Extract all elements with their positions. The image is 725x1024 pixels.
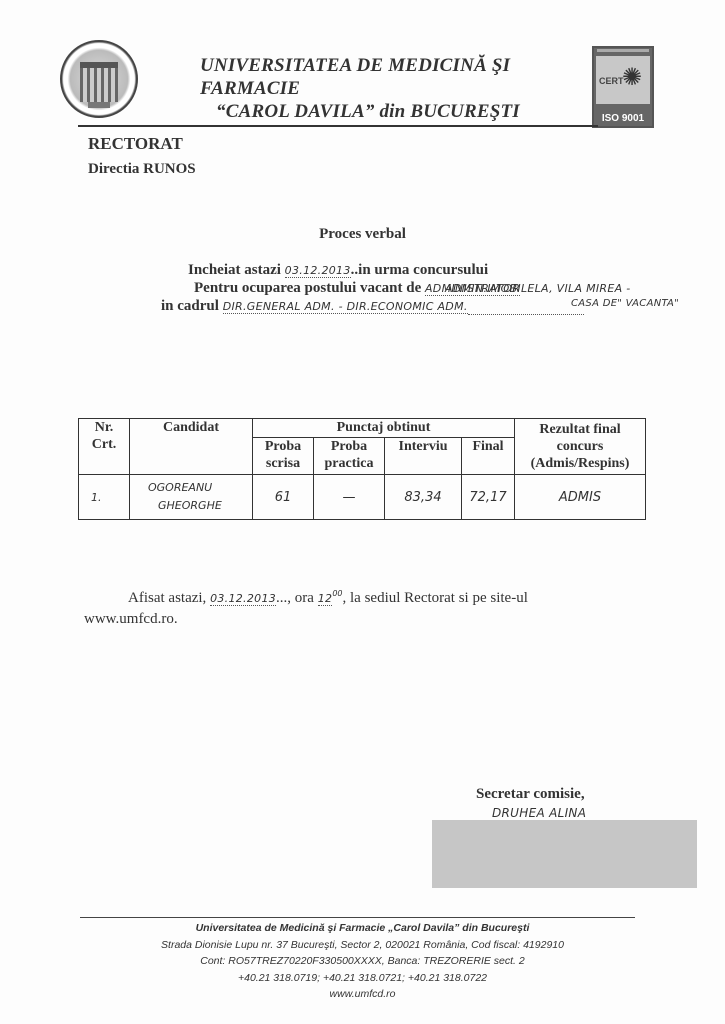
footer-phones: +40.21 318.0719; +40.21 318.0721; +40.21…	[0, 970, 725, 987]
university-name: UNIVERSITATEA DE MEDICINĂ ŞI FARMACIE “C…	[200, 54, 590, 123]
header-proba-scrisa: Proba scrisa	[253, 438, 314, 475]
header-interviu: Interviu	[385, 438, 462, 475]
post-extra-line2: CASA DE" VACANTA"	[571, 298, 679, 309]
candidat-last-name: OGOREANU	[148, 479, 250, 497]
university-seal-icon	[60, 40, 138, 118]
incheiat-suffix: in urma concursului	[358, 262, 488, 278]
candidat-first-name: GHEORGHE	[148, 497, 250, 515]
signature-name: DRUHEA ALINA	[492, 806, 586, 820]
pentru-prefix: Pentru ocuparea postului vacant de	[194, 280, 421, 296]
footer-divider	[80, 917, 635, 918]
header-rezultat: Rezultat final concurs (Admis/Respins)	[515, 419, 646, 475]
cell-proba-scrisa: 61	[253, 475, 314, 520]
signature-role: Secretar comisie,	[476, 786, 585, 803]
university-line1: UNIVERSITATEA DE MEDICINĂ ŞI FARMACIE	[200, 55, 510, 99]
incheiat-date: 03.12.2013	[285, 264, 351, 278]
post-extra-line1: ADMIN.IMOBILELA, VILA MIREA -	[445, 282, 631, 295]
star-burst-icon: ✺	[622, 66, 642, 90]
incheiat-line: Incheiat astazi 03.12.2013..in urma conc…	[188, 262, 488, 279]
incheiat-prefix: Incheiat astazi	[188, 262, 281, 278]
cell-candidat: OGOREANU GHEORGHE	[130, 475, 253, 520]
cadrul-prefix: in cadrul	[161, 298, 219, 314]
afisat-website: www.umfcd.ro.	[84, 611, 178, 627]
afisat-date: 03.12.2013	[210, 592, 276, 606]
header-divider	[78, 125, 598, 127]
footer: Universitatea de Medicină şi Farmacie „C…	[0, 920, 725, 1003]
header-candidat: Candidat	[130, 419, 253, 475]
header-proba-practica: Proba practica	[314, 438, 385, 475]
iso-label: ISO 9001	[594, 113, 652, 124]
afisat-suffix: , la sediul Rectorat si pe site-ul	[343, 590, 528, 606]
cadrul-handwritten: DIR.GENERAL ADM. - DIR.ECONOMIC ADM.	[223, 300, 468, 314]
building-icon	[80, 62, 118, 102]
university-line2: “CAROL DAVILA” din BUCUREŞTI	[200, 100, 590, 123]
header-punctaj: Punctaj obtinut	[253, 419, 515, 438]
footer-university: Universitatea de Medicină şi Farmacie „C…	[0, 920, 725, 937]
redacted-signature-block	[432, 820, 697, 888]
cadrul-line: in cadrul DIR.GENERAL ADM. - DIR.ECONOMI…	[161, 298, 584, 315]
cell-rezultat: ADMIS	[515, 475, 646, 520]
footer-account: Cont: RO57TREZ70220F330500XXXX, Banca: T…	[0, 953, 725, 970]
cell-proba-practica: —	[314, 475, 385, 520]
rectorat-label: RECTORAT	[88, 134, 183, 154]
footer-address: Strada Dionisie Lupu nr. 37 Bucureşti, S…	[0, 937, 725, 954]
table-header-row: Nr. Crt. Candidat Punctaj obtinut Rezult…	[79, 419, 646, 438]
results-table: Nr. Crt. Candidat Punctaj obtinut Rezult…	[78, 418, 646, 520]
header-final: Final	[462, 438, 515, 475]
afisat-prefix: Afisat astazi,	[84, 590, 206, 606]
cert-text: CERT	[599, 76, 624, 86]
iso-certification-logo: CERT ✺ ISO 9001	[592, 46, 654, 128]
table-row: 1. OGOREANU GHEORGHE 61 — 83,34 72,17 AD…	[79, 475, 646, 520]
directia-label: Directia RUNOS	[88, 161, 196, 178]
cell-interviu: 83,34	[385, 475, 462, 520]
cell-final: 72,17	[462, 475, 515, 520]
logo-topline	[597, 49, 649, 52]
afisat-ora-label: , ora	[287, 590, 314, 606]
header-nr: Nr. Crt.	[79, 419, 130, 475]
cell-nr: 1.	[79, 475, 130, 520]
logo-panel: CERT ✺	[596, 56, 650, 104]
afisat-ora-minutes: 00	[332, 589, 342, 598]
afisat-paragraph: Afisat astazi, 03.12.2013..., ora 1200, …	[84, 584, 640, 629]
seal-base	[88, 102, 110, 108]
document-title: Proces verbal	[0, 226, 725, 243]
footer-website[interactable]: www.umfcd.ro	[0, 986, 725, 1003]
afisat-ora: 12	[318, 592, 333, 606]
